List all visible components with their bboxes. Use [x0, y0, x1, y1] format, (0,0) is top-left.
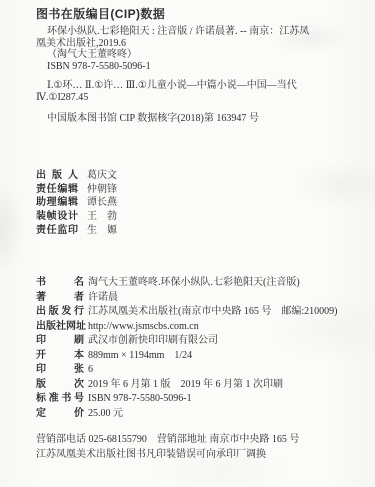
publication-label: 定价 [36, 407, 84, 422]
cip-series-title: （淘气大王董咚咚） [36, 49, 348, 61]
staff-label: 责任编辑 [36, 183, 78, 197]
publication-label: 标准书号 [36, 392, 84, 407]
publication-value: 6 [88, 363, 93, 378]
publication-value: 许诺晨 [88, 291, 118, 306]
publication-label: 印刷 [36, 334, 84, 349]
staff-label: 装帧设计 [36, 210, 78, 224]
staff-label: 责任监印 [36, 224, 78, 238]
publication-label: 印张 [36, 363, 84, 378]
staff-value: 王 勃 [87, 210, 117, 224]
publication-value: 889mm × 1194mm 1/24 [88, 349, 192, 364]
staff-row: 出版人 葛庆文 [36, 169, 117, 183]
publication-row: 定价 25.00 元 [36, 407, 337, 422]
publication-label: 出版发行 [36, 305, 84, 320]
cip-classification-line: Ⅰ.①环… Ⅱ.①许… Ⅲ.①儿童小说—中篇小说—中国—当代 [36, 80, 348, 92]
publication-row: 印张 6 [36, 363, 337, 378]
page-title: 图书在版编目(CIP)数据 [36, 5, 165, 22]
publication-value: 武汉市创新快印印刷有限公司 [88, 334, 218, 349]
staff-row: 装帧设计 王 勃 [36, 210, 117, 224]
publication-block: 书名 淘气大王董咚咚.环保小纵队.七彩艳阳天(注音版) 著者 许诺晨 出版发行 … [36, 276, 337, 421]
staff-block: 出版人 葛庆文 责任编辑 仲朝锋 助理编辑 谭长燕 装帧设计 王 勃 责任监印 … [36, 169, 117, 237]
publication-row: 标准书号 ISBN 978-7-5580-5096-1 [36, 392, 337, 407]
publication-value: 25.00 元 [88, 407, 123, 422]
footer-line-notice: 江苏凤凰美术出版社图书凡印装错误可向承印厂调换 [36, 448, 299, 463]
publication-label: 书名 [36, 276, 84, 291]
footer-line-contact: 营销部电话 025-68155790 营销部地址 南京市中央路 165 号 [36, 433, 299, 448]
staff-label: 出版人 [36, 169, 78, 183]
staff-value: 谭长燕 [87, 196, 117, 210]
staff-value: 葛庆文 [87, 169, 117, 183]
staff-label: 助理编辑 [36, 196, 78, 210]
cip-isbn-line: ISBN 978-7-5580-5096-1 [36, 61, 348, 73]
cip-registry-line: 中国版本图书馆 CIP 数据核字(2018)第 163947 号 [36, 113, 348, 125]
publication-label: 著者 [36, 291, 84, 306]
publication-row: 印刷 武汉市创新快印印刷有限公司 [36, 334, 337, 349]
publication-label: 出版社网址 [36, 320, 84, 335]
publication-value: ISBN 978-7-5580-5096-1 [88, 392, 192, 407]
staff-value: 生 嫄 [87, 224, 117, 238]
cip-classification-line: Ⅳ.①I287.45 [36, 92, 348, 104]
publication-row: 著者 许诺晨 [36, 291, 337, 306]
publication-row: 出版发行 江苏凤凰美术出版社(南京市中央路 165 号 邮编:210009) [36, 305, 337, 320]
staff-row: 责任监印 生 嫄 [36, 224, 117, 238]
publication-row: 开本 889mm × 1194mm 1/24 [36, 349, 337, 364]
cip-record-line: 凰美术出版社,2019.6 [36, 38, 348, 50]
publication-row: 书名 淘气大王董咚咚.环保小纵队.七彩艳阳天(注音版) [36, 276, 337, 291]
staff-row: 助理编辑 谭长燕 [36, 196, 117, 210]
cip-data-page: 图书在版编目(CIP)数据 环保小纵队.七彩艳阳天 : 注音版 / 许诺晨著. … [0, 0, 375, 487]
publication-row: 出版社网址 http://www.jsmscbs.com.cn [36, 320, 337, 335]
staff-row: 责任编辑 仲朝锋 [36, 183, 117, 197]
publication-value: 江苏凤凰美术出版社(南京市中央路 165 号 邮编:210009) [88, 305, 337, 320]
publication-row: 版次 2019 年 6 月第 1 版 2019 年 6 月第 1 次印刷 [36, 378, 337, 393]
footer-block: 营销部电话 025-68155790 营销部地址 南京市中央路 165 号 江苏… [36, 433, 299, 462]
staff-value: 仲朝锋 [87, 183, 117, 197]
cip-record-block: 环保小纵队.七彩艳阳天 : 注音版 / 许诺晨著. -- 南京：江苏凤 凰美术出… [36, 26, 348, 125]
publication-value: 2019 年 6 月第 1 版 2019 年 6 月第 1 次印刷 [88, 378, 283, 393]
publication-value: 淘气大王董咚咚.环保小纵队.七彩艳阳天(注音版) [88, 276, 300, 291]
publication-value: http://www.jsmscbs.com.cn [88, 320, 199, 335]
publication-label: 版次 [36, 378, 84, 393]
publication-label: 开本 [36, 349, 84, 364]
cip-record-line: 环保小纵队.七彩艳阳天 : 注音版 / 许诺晨著. -- 南京：江苏凤 [36, 26, 348, 38]
